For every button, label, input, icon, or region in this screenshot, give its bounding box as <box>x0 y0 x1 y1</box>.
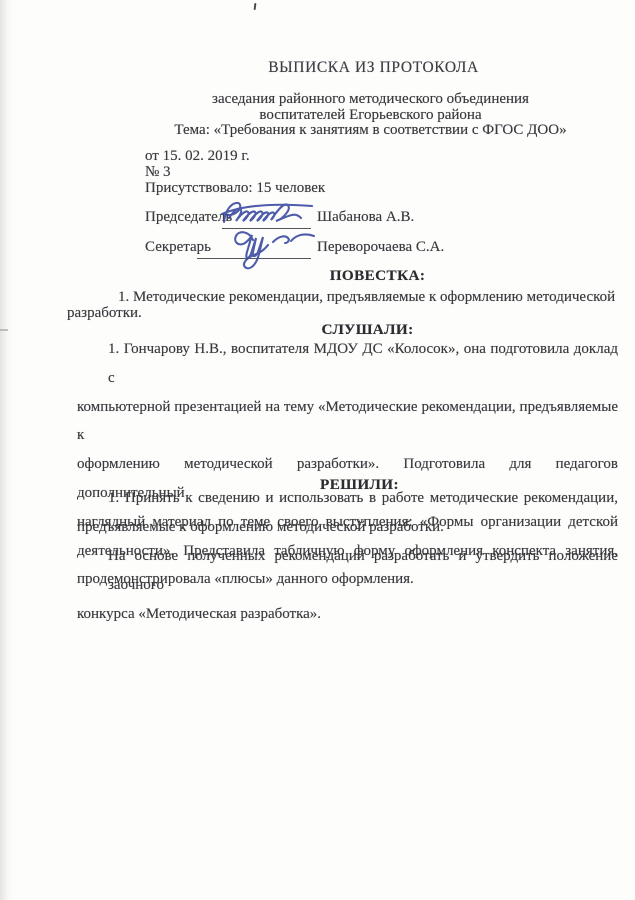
protocol-date: от 15. 02. 2019 г. <box>145 149 325 165</box>
scan-edge-shadow <box>0 0 14 900</box>
scan-artifact-dash <box>0 329 8 331</box>
paragraph-line: 1. Гончарову Н.В., воспитателя МДОУ ДС «… <box>77 335 618 393</box>
subtitle-theme-line: Тема: «Требования к занятиям в соответст… <box>100 123 635 139</box>
document-subtitle: заседания районного методического объеди… <box>100 92 635 139</box>
povestka-paragraph: 1. Методические рекомендации, предъявляе… <box>67 290 619 322</box>
paragraph-line: разработки. <box>67 306 619 322</box>
paragraph-line: 1. Методические рекомендации, предъявляе… <box>67 290 619 306</box>
secretary-name: Переворочаева С.А. <box>317 240 444 256</box>
paragraph-line: 1. Принять к сведению и использовать в р… <box>77 484 618 513</box>
subtitle-line: воспитателей Егорьевского района <box>100 108 635 124</box>
attendance-count: Присутствовало: 15 человек <box>145 181 325 197</box>
paragraph-line: компьютерной презентацией на тему «Метод… <box>77 393 618 451</box>
section-heading-povestka: ПОВЕСТКА: <box>107 268 635 284</box>
reshili-paragraph-1: 1. Принять к сведению и использовать в р… <box>77 484 618 542</box>
document-title: ВЫПИСКА ИЗ ПРОТОКОЛА <box>103 60 635 76</box>
paragraph-line: На основе полученных рекомендаций разраб… <box>77 542 618 600</box>
reshili-paragraph-2: На основе полученных рекомендаций разраб… <box>77 542 618 629</box>
scan-artifact-speck <box>254 3 257 10</box>
protocol-number: № 3 <box>145 165 325 181</box>
chairman-signature <box>217 196 319 230</box>
paragraph-line: конкурса «Методическая разработка». <box>77 600 618 629</box>
scanned-document-page: ВЫПИСКА ИЗ ПРОТОКОЛА заседания районного… <box>0 0 635 900</box>
paragraph-line: предъявляемые к оформлению методической … <box>77 513 618 542</box>
subtitle-line: заседания районного методического объеди… <box>100 92 635 108</box>
secretary-label: Секретарь <box>145 240 211 256</box>
chairman-name: Шабанова А.В. <box>317 210 414 226</box>
protocol-meta: от 15. 02. 2019 г. № 3 Присутствовало: 1… <box>145 149 325 196</box>
